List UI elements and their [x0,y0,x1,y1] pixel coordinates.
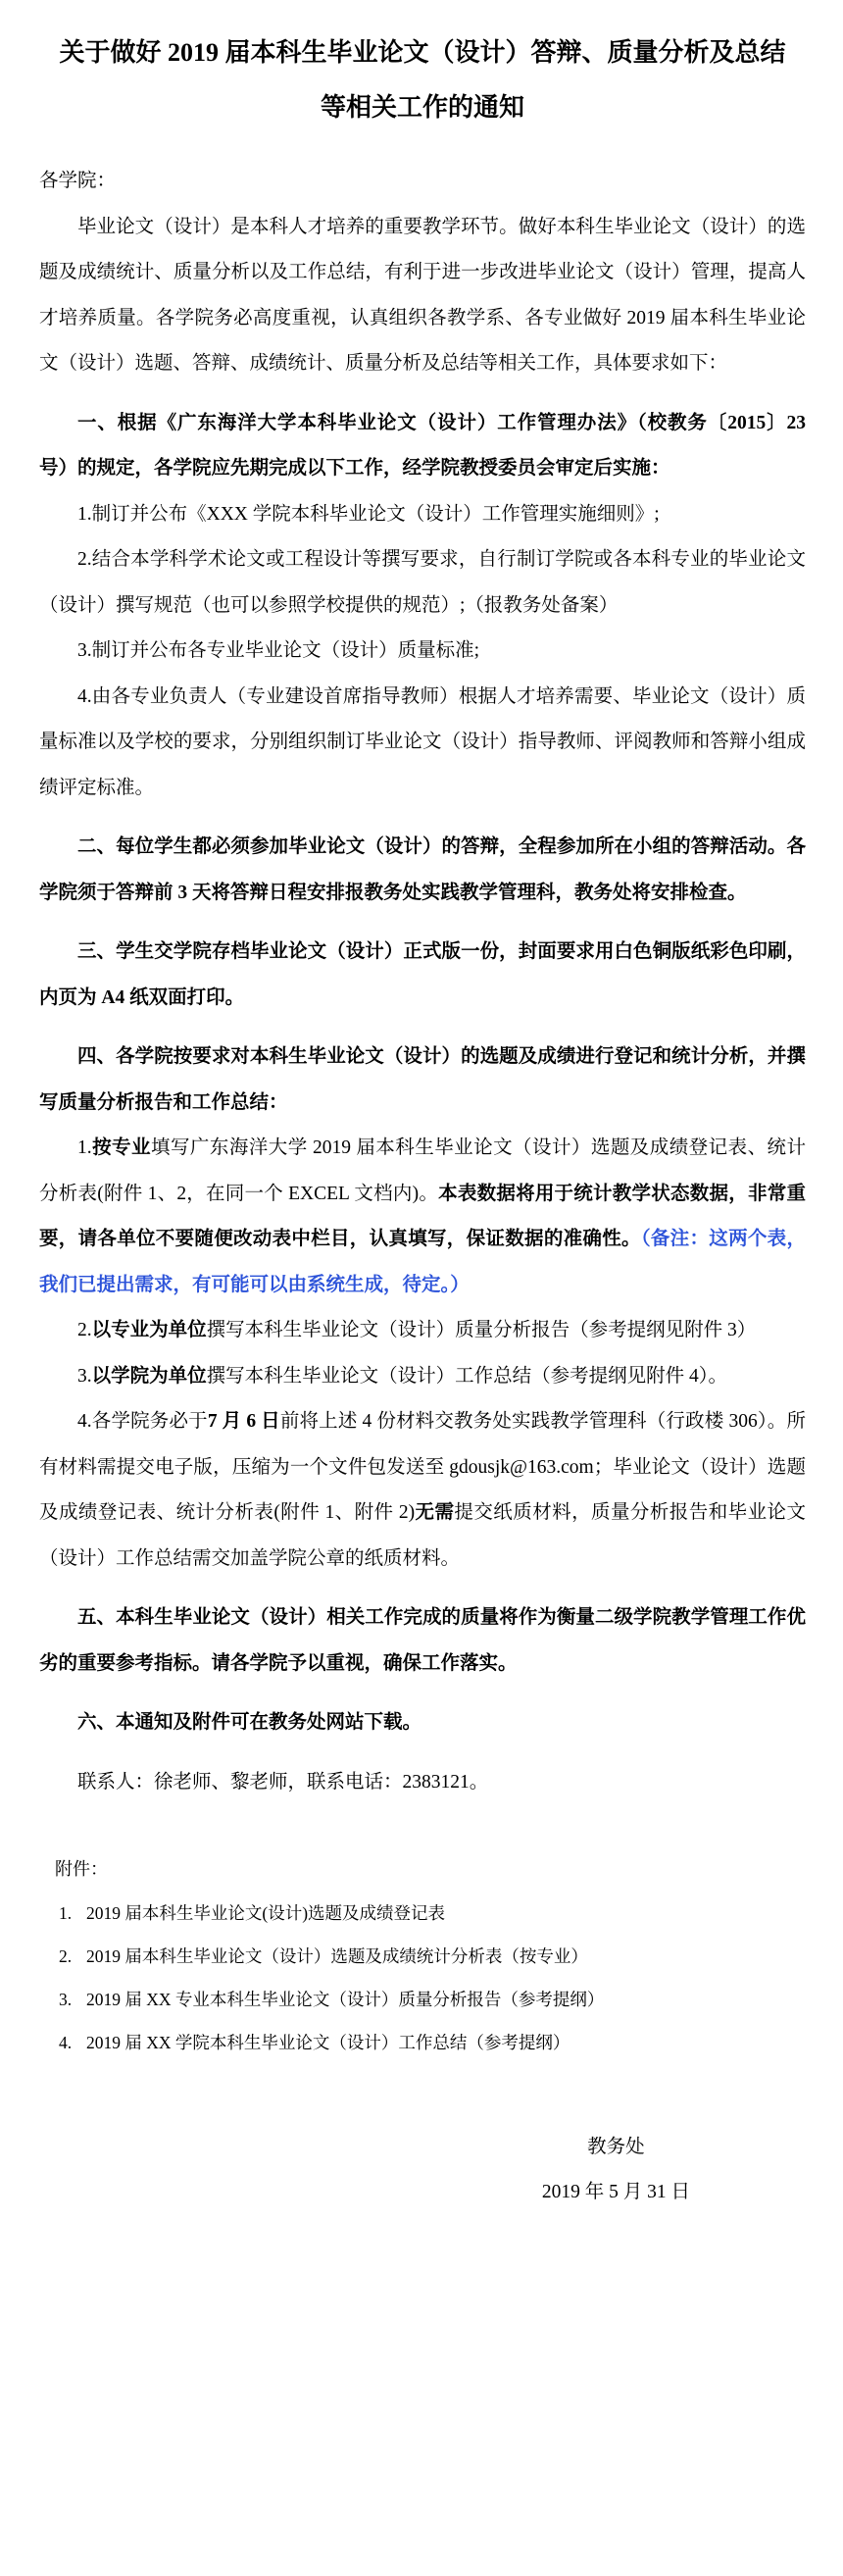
section-1-item-1: 1.制订并公布《XXX 学院本科毕业论文（设计）工作管理实施细则》; [39,492,806,538]
section-3-heading: 三、学生交学院存档毕业论文（设计）正式版一份，封面要求用白色铜版纸彩色印刷，内页… [39,930,806,1021]
attachment-item: 4.2019 届 XX 学院本科生毕业论文（设计）工作总结（参考提纲） [39,2021,806,2064]
text-run: 3.制订并公布各专业毕业论文（设计）质量标准; [77,640,479,661]
attachment-item: 2.2019 届本科生毕业论文（设计）选题及成绩统计分析表（按专业） [39,1935,806,1978]
section-4-item-1: 1.按专业填写广东海洋大学 2019 届本科生毕业论文（设计）选题及成绩登记表、… [39,1126,806,1308]
signature-block: 教务处 2019 年 5 月 31 日 [536,2125,696,2215]
attachments-label: 附件： [39,1846,806,1892]
attachment-text: 2019 届 XX 学院本科生毕业论文（设计）工作总结（参考提纲） [86,2033,570,2052]
text-run: 4.由各专业负责人（专业建设首席指导教师）根据人才培养需要、毕业论文（设计）质量… [39,686,806,798]
text-run: 联系人：徐老师、黎老师，联系电话：2383121。 [77,1772,488,1793]
text-run: 五、本科生毕业论文（设计）相关工作完成的质量将作为衡量二级学院教学管理工作优劣的… [39,1607,806,1674]
attachment-item: 1.2019 届本科生毕业论文(设计)选题及成绩登记表 [39,1892,806,1935]
attachment-text: 2019 届 XX 专业本科生毕业论文（设计）质量分析报告（参考提纲） [86,1990,604,2009]
text-run: 以学院为单位 [92,1366,207,1387]
text-run: 1. [77,1137,92,1158]
section-1-item-2: 2.结合本学科学术论文或工程设计等撰写要求，自行制订学院或各本科专业的毕业论文（… [39,537,806,629]
text-run: 撰写本科生毕业论文（设计）质量分析报告（参考提纲见附件 3） [207,1320,757,1340]
section-4-item-2: 2.以专业为单位撰写本科生毕业论文（设计）质量分析报告（参考提纲见附件 3） [39,1308,806,1354]
text-run: 2. [77,1320,92,1340]
section-4-item-4: 4.各学院务必于7 月 6 日前将上述 4 份材料交教务处实践教学管理科（行政楼… [39,1399,806,1582]
text-run: 毕业论文（设计）是本科人才培养的重要教学环节。做好本科生毕业论文（设计）的选题及… [39,217,806,375]
section-4-heading: 四、各学院按要求对本科生毕业论文（设计）的选题及成绩进行登记和统计分析，并撰写质… [39,1035,806,1126]
attachment-item: 3.2019 届 XX 专业本科生毕业论文（设计）质量分析报告（参考提纲） [39,1978,806,2021]
text-run: 按专业 [92,1137,151,1158]
attachments-section: 附件： 1.2019 届本科生毕业论文(设计)选题及成绩登记表2.2019 届本… [39,1846,806,2064]
document-body: 毕业论文（设计）是本科人才培养的重要教学环节。做好本科生毕业论文（设计）的选题及… [39,205,806,1806]
text-run: 撰写本科生毕业论文（设计）工作总结（参考提纲见附件 4）。 [207,1366,727,1387]
attachment-number: 2. [59,1935,86,1978]
section-1-item-3: 3.制订并公布各专业毕业论文（设计）质量标准; [39,629,806,675]
section-2-heading: 二、每位学生都必须参加毕业论文（设计）的答辩，全程参加所在小组的答辩活动。各学院… [39,825,806,916]
section-1-heading: 一、根据《广东海洋大学本科毕业论文（设计）工作管理办法》（校教务〔2015〕23… [39,401,806,492]
signature-date: 2019 年 5 月 31 日 [536,2170,696,2215]
salutation: 各学院： [39,159,806,205]
text-run: 二、每位学生都必须参加毕业论文（设计）的答辩，全程参加所在小组的答辩活动。各学院… [39,836,806,903]
text-run: 一、根据《广东海洋大学本科毕业论文（设计）工作管理办法》（校教务〔2015〕23… [39,413,806,480]
attachment-number: 1. [59,1892,86,1935]
attachments-list: 1.2019 届本科生毕业论文(设计)选题及成绩登记表2.2019 届本科生毕业… [39,1892,806,2064]
attachment-text: 2019 届本科生毕业论文(设计)选题及成绩登记表 [86,1903,445,1923]
section-4-item-3: 3.以学院为单位撰写本科生毕业论文（设计）工作总结（参考提纲见附件 4）。 [39,1354,806,1400]
text-run: 无需 [415,1502,454,1523]
text-run: 四、各学院按要求对本科生毕业论文（设计）的选题及成绩进行登记和统计分析，并撰写质… [39,1046,806,1113]
text-run: 4.各学院务必于 [77,1411,208,1432]
text-run: 以专业为单位 [92,1320,207,1340]
text-run: 3. [77,1366,92,1387]
text-run: 六、本通知及附件可在教务处网站下载。 [77,1712,421,1733]
notice-document: 关于做好 2019 届本科生毕业论文（设计）答辩、质量分析及总结 等相关工作的通… [0,0,843,2576]
section-1-item-4: 4.由各专业负责人（专业建设首席指导教师）根据人才培养需要、毕业论文（设计）质量… [39,675,806,812]
section-6-heading: 六、本通知及附件可在教务处网站下载。 [39,1700,806,1746]
notice-title: 关于做好 2019 届本科生毕业论文（设计）答辩、质量分析及总结 等相关工作的通… [39,25,806,135]
signature-org: 教务处 [536,2125,696,2170]
attachment-text: 2019 届本科生毕业论文（设计）选题及成绩统计分析表（按专业） [86,1946,588,1966]
text-run: 1.制订并公布《XXX 学院本科毕业论文（设计）工作管理实施细则》; [77,504,660,525]
text-run: 7 月 6 日 [208,1411,280,1432]
contact-line: 联系人：徐老师、黎老师，联系电话：2383121。 [39,1760,806,1806]
text-run: 2.结合本学科学术论文或工程设计等撰写要求，自行制订学院或各本科专业的毕业论文（… [39,549,806,616]
notice-title-line-2: 等相关工作的通知 [39,80,806,135]
section-5-heading: 五、本科生毕业论文（设计）相关工作完成的质量将作为衡量二级学院教学管理工作优劣的… [39,1595,806,1687]
attachment-number: 4. [59,2021,86,2064]
intro-paragraph: 毕业论文（设计）是本科人才培养的重要教学环节。做好本科生毕业论文（设计）的选题及… [39,205,806,387]
text-run: 三、学生交学院存档毕业论文（设计）正式版一份，封面要求用白色铜版纸彩色印刷，内页… [39,941,806,1008]
notice-title-line-1: 关于做好 2019 届本科生毕业论文（设计）答辩、质量分析及总结 [39,25,806,80]
attachment-number: 3. [59,1978,86,2021]
